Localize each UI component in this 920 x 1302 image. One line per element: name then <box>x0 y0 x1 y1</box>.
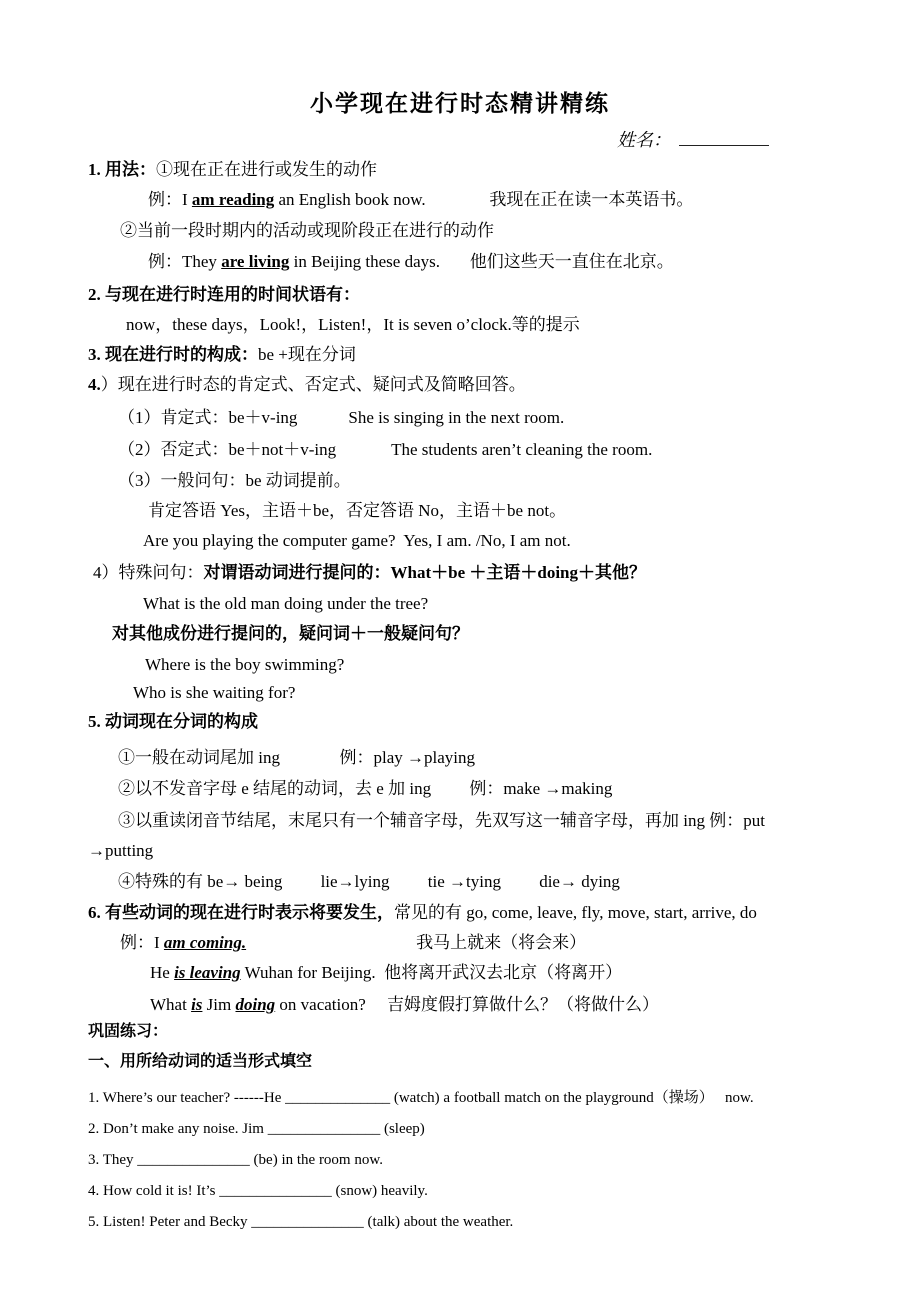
text-run: ②当前一段时期内的活动或现阶段正在进行的动作 <box>120 221 494 240</box>
text-run: now，these days，Look!，Listen!，It is seven… <box>126 315 580 334</box>
example-are-living: 例：They are living in Beijing these days.… <box>148 250 674 273</box>
name-label: 姓名： <box>617 130 671 150</box>
negative-form: （2）否定式：be＋not＋v-ing The students aren’t … <box>118 438 652 461</box>
example-am-reading: 例：I am reading an English book now. 我现在正… <box>148 188 693 211</box>
section-6-future-meaning: 6. 有些动词的现在进行时表示将要发生，常见的有 go, come, leave… <box>88 901 757 924</box>
text-run: Where is the boy swimming? <box>145 655 344 674</box>
text-run: ④特殊的有 be→ being lie→lying tie →tying die… <box>118 872 620 891</box>
exercise-item-1: 1. Where’s our teacher? ------He _______… <box>88 1088 754 1109</box>
text-run: ①现在正在进行或发生的动作 <box>156 160 377 179</box>
section-1-usage: 1. 用法：①现在正在进行或发生的动作 <box>88 158 377 181</box>
text-run: ）现在进行时态的肯定式、否定式、疑问式及简略回答。 <box>101 375 526 394</box>
text-run: 我马上就来（将会来） <box>246 933 586 952</box>
text-run: 6. 有些动词的现在进行时表示将要发生， <box>88 903 394 922</box>
name-blank-line <box>679 128 769 146</box>
text-run: ③以重读闭音节结尾，末尾只有一个辅音字母，先双写这一辅音字母，再加 ing 例：… <box>118 811 765 830</box>
text-run: What <box>150 995 191 1014</box>
section-5-participle-formation: 5. 动词现在分词的构成 <box>88 710 258 733</box>
section-3-structure: 3. 现在进行时的构成：be +现在分词 <box>88 343 356 366</box>
text-run: 2. 与现在进行时连用的时间状语有： <box>88 285 360 304</box>
text-run: 例：I <box>148 190 192 209</box>
text-run: →putting <box>88 841 153 860</box>
exercise-item-5: 5. Listen! Peter and Becky _____________… <box>88 1212 513 1233</box>
document-page: 小学现在进行时态精讲精练 姓名： 1. 用法：①现在正在进行或发生的动作例：I … <box>0 0 920 1302</box>
text-run: be +现在分词 <box>258 345 356 364</box>
text-run: 巩固练习： <box>88 1023 168 1040</box>
text-run: on vacation? 吉姆度假打算做什么？（将做什么） <box>275 995 659 1014</box>
text-run: is leaving <box>174 963 241 982</box>
time-adverbial-list: now，these days，Look!，Listen!，It is seven… <box>126 313 580 336</box>
usage-point-2: ②当前一段时期内的活动或现阶段正在进行的动作 <box>120 219 494 242</box>
section-2-time-adverbials: 2. 与现在进行时连用的时间状语有： <box>88 283 360 306</box>
text-run: are living <box>221 252 289 271</box>
other-element-question-rule: 对其他成份进行提问的，疑问词＋一般疑问句？ <box>112 622 469 645</box>
text-run: Are you playing the computer game? Yes, … <box>143 531 571 550</box>
example-waiting-for: Who is she waiting for? <box>133 681 295 704</box>
text-run: 例：They <box>148 252 221 271</box>
text-run: 5. Listen! Peter and Becky _____________… <box>88 1214 513 1230</box>
text-run: an English book now. 我现在正在读一本英语书。 <box>274 190 693 209</box>
text-run: 1. Where’s our teacher? ------He _______… <box>88 1090 754 1106</box>
text-run: ①一般在动词尾加 ing 例：play →playing <box>118 748 475 767</box>
practice-heading: 巩固练习： <box>88 1021 168 1042</box>
text-run: 5. 动词现在分词的构成 <box>88 712 258 731</box>
affirmative-form: （1）肯定式：be＋v-ing She is singing in the ne… <box>118 406 564 429</box>
example-boy-swimming: Where is the boy swimming? <box>145 653 344 676</box>
example-old-man: What is the old man doing under the tree… <box>143 592 428 615</box>
section-4-forms: 4.）现在进行时态的肯定式、否定式、疑问式及简略回答。 <box>88 373 526 396</box>
document-title: 小学现在进行时态精讲精练 <box>0 85 920 118</box>
rule-drop-e: ②以不发音字母 e 结尾的动词，去 e 加 ing 例：make →making <box>118 777 612 800</box>
short-answer-rule: 肯定答语 Yes，主语＋be，否定答语 No，主语＋be not。 <box>148 499 566 522</box>
text-run: 2. Don’t make any noise. Jim ___________… <box>88 1121 425 1137</box>
text-run: He <box>150 963 174 982</box>
text-run: Wuhan for Beijing. 他将离开武汉去北京（将离开） <box>241 963 622 982</box>
example-am-coming: 例：I am coming. 我马上就来（将会来） <box>120 931 586 954</box>
exercise-part-1-heading: 一、用所给动词的适当形式填空 <box>88 1051 312 1072</box>
text-run: （1）肯定式：be＋v-ing She is singing in the ne… <box>118 408 564 427</box>
exercise-item-4: 4. How cold it is! It’s _______________ … <box>88 1181 428 1202</box>
rule-double-consonant-cont: →putting <box>88 839 153 862</box>
text-run: 4. <box>88 375 101 394</box>
text-run: 1. 用法： <box>88 160 156 179</box>
rule-special-verbs: ④特殊的有 be→ being lie→lying tie →tying die… <box>118 870 620 893</box>
text-run: 肯定答语 Yes，主语＋be，否定答语 No，主语＋be not。 <box>148 501 566 520</box>
text-run: 3. 现在进行时的构成： <box>88 345 258 364</box>
example-are-you-playing: Are you playing the computer game? Yes, … <box>143 529 571 552</box>
text-run: （2）否定式：be＋not＋v-ing The students aren’t … <box>118 440 652 459</box>
text-run: 4. How cold it is! It’s _______________ … <box>88 1183 428 1199</box>
text-run: 常见的有 go, come, leave, fly, move, start, … <box>394 903 757 922</box>
text-run: is <box>191 995 202 1014</box>
general-question-form: （3）一般问句：be 动词提前。 <box>118 469 351 492</box>
text-run: 对谓语动词进行提问的：What＋be ＋主语＋doing＋其他？ <box>204 563 647 582</box>
example-jim-vacation: What is Jim doing on vacation? 吉姆度假打算做什么… <box>150 993 659 1016</box>
text-run: am coming. <box>164 933 246 952</box>
text-run: ②以不发音字母 e 结尾的动词，去 e 加 ing 例：make →making <box>118 779 612 798</box>
name-field: 姓名： <box>617 126 769 152</box>
text-run: What is the old man doing under the tree… <box>143 594 428 613</box>
text-run: 例：I <box>120 933 164 952</box>
text-run: doing <box>235 995 275 1014</box>
text-run: 一、用所给动词的适当形式填空 <box>88 1053 312 1070</box>
text-run: Jim <box>202 995 235 1014</box>
text-run: 4）特殊问句： <box>93 563 204 582</box>
text-run: in Beijing these days. 他们这些天一直住在北京。 <box>289 252 673 271</box>
exercise-item-3: 3. They _______________ (be) in the room… <box>88 1150 383 1171</box>
text-run: 对其他成份进行提问的，疑问词＋一般疑问句？ <box>112 624 469 643</box>
rule-double-consonant: ③以重读闭音节结尾，末尾只有一个辅音字母，先双写这一辅音字母，再加 ing 例：… <box>118 809 765 832</box>
special-question-rule: 4）特殊问句：对谓语动词进行提问的：What＋be ＋主语＋doing＋其他？ <box>93 561 646 584</box>
text-run: 3. They _______________ (be) in the room… <box>88 1152 383 1168</box>
rule-add-ing: ①一般在动词尾加 ing 例：play →playing <box>118 746 475 769</box>
text-run: am reading <box>192 190 274 209</box>
text-run: Who is she waiting for? <box>133 683 295 702</box>
exercise-item-2: 2. Don’t make any noise. Jim ___________… <box>88 1119 425 1140</box>
example-is-leaving: He is leaving Wuhan for Beijing. 他将离开武汉去… <box>150 961 622 984</box>
text-run: （3）一般问句：be 动词提前。 <box>118 471 351 490</box>
